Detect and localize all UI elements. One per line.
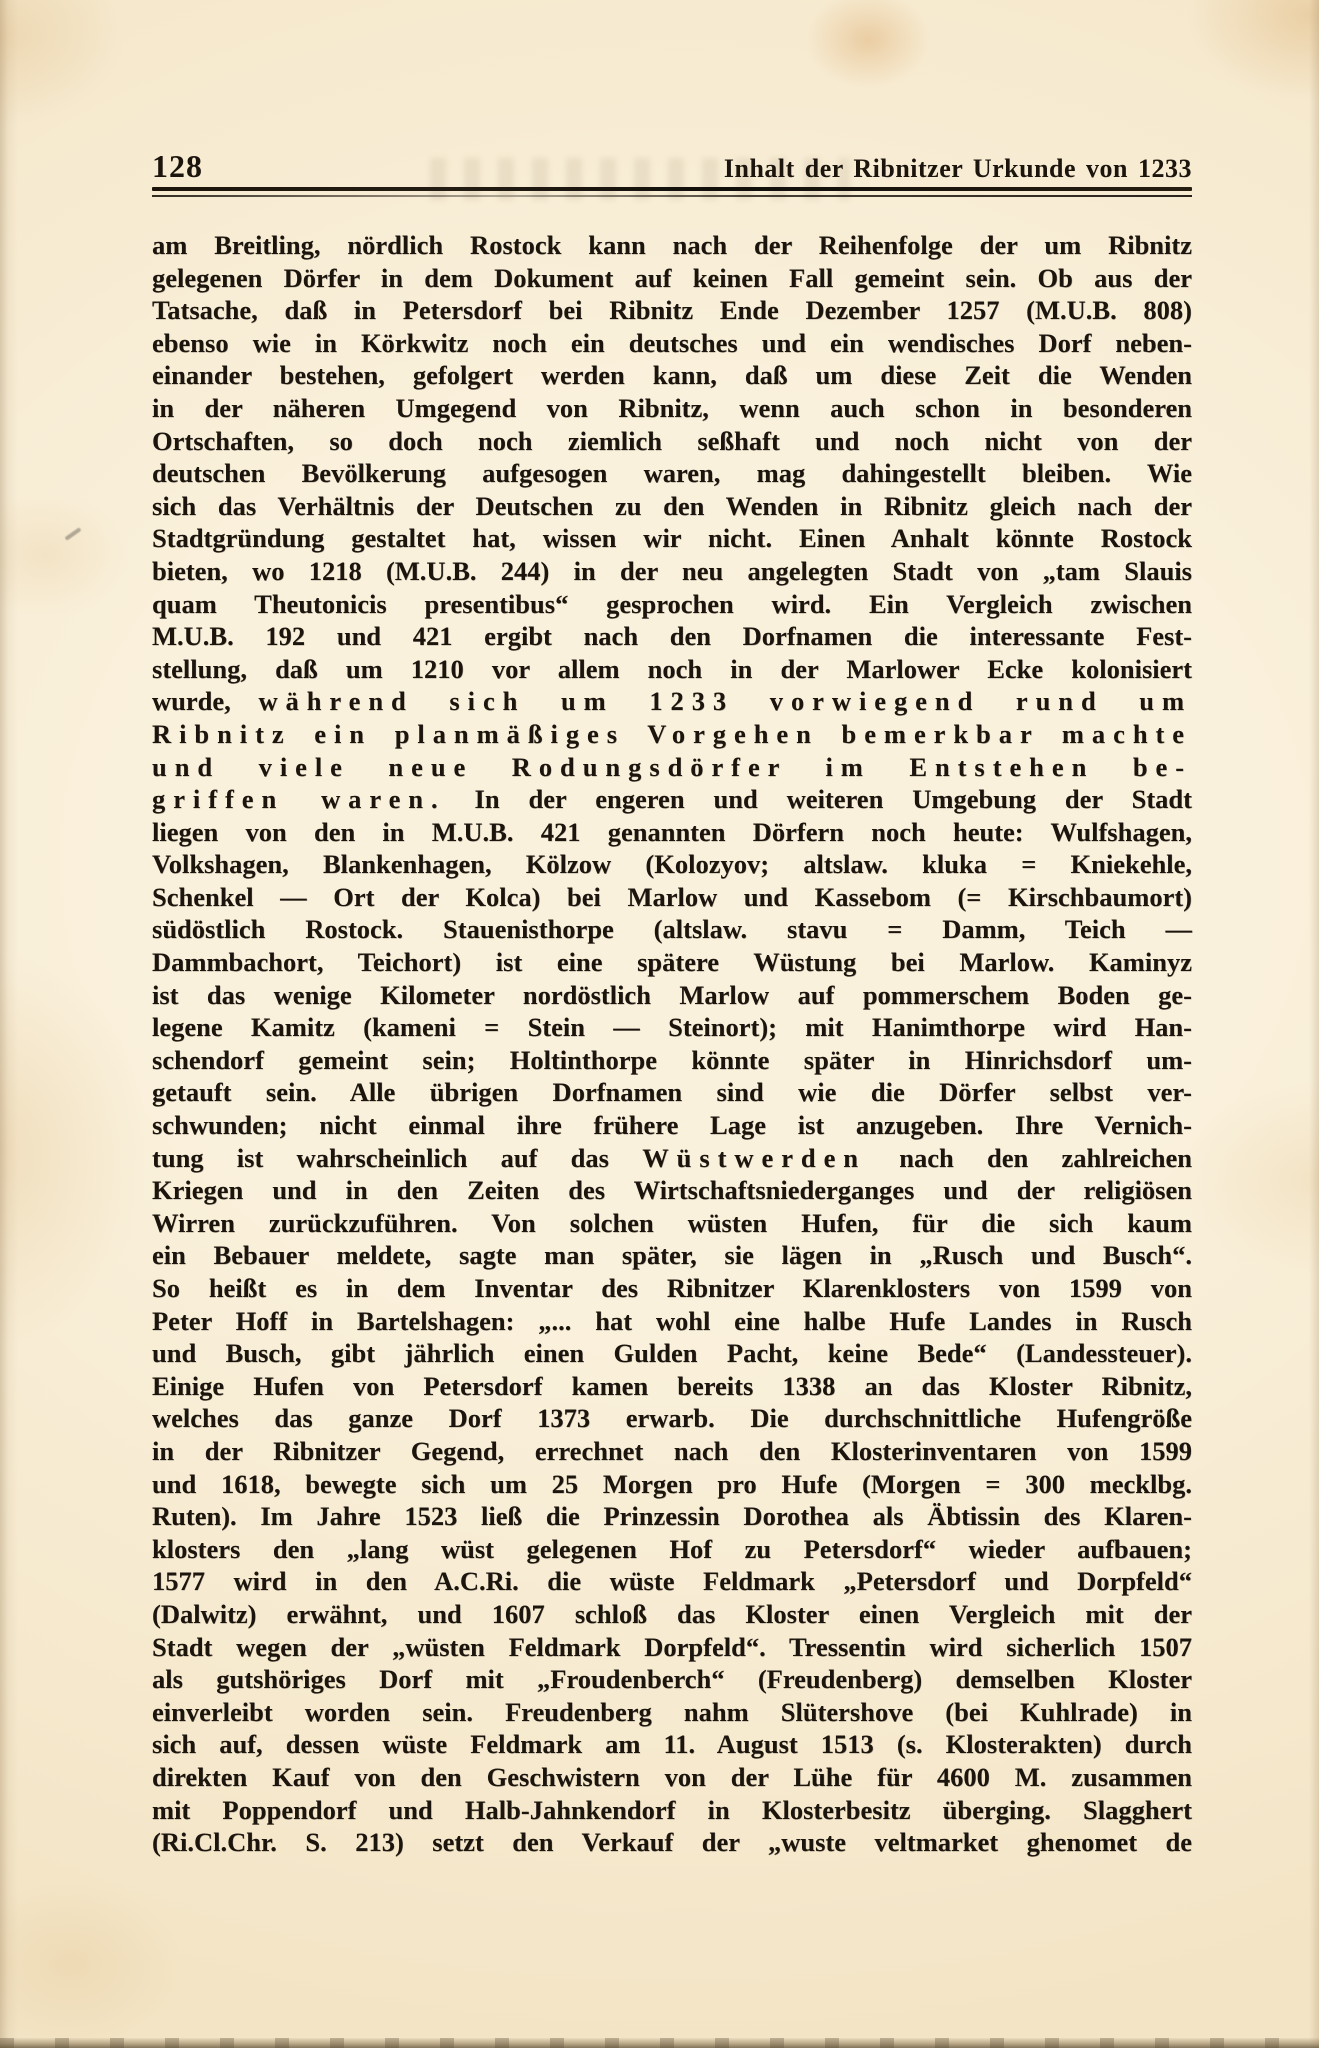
text-line: sich auf, dessen wüste Feldmark am 11. A… bbox=[152, 1728, 1192, 1761]
text-line: (Ri.Cl.Chr. S. 213) setzt den Verkauf de… bbox=[152, 1826, 1192, 1859]
text-line: ebenso wie in Körkwitz noch ein deutsche… bbox=[152, 327, 1192, 360]
text-line: und viele neue Rodungsdörfer im Entstehe… bbox=[152, 751, 1192, 784]
text-line: Wirren zurückzuführen. Von solchen wüste… bbox=[152, 1207, 1192, 1240]
text-line: Peter Hoff in Bartelshagen: „... hat woh… bbox=[152, 1305, 1192, 1338]
page-header: 128 Inhalt der Ribnitzer Urkunde von 123… bbox=[152, 148, 1192, 185]
text-line: ein Bebauer meldete, sagte man später, s… bbox=[152, 1239, 1192, 1272]
text-line: bieten, wo 1218 (M.U.B. 244) in der neu … bbox=[152, 555, 1192, 588]
text-line: Schenkel — Ort der Kolca) bei Marlow und… bbox=[152, 881, 1192, 914]
text-line: Kriegen und in den Zeiten des Wirtschaft… bbox=[152, 1174, 1192, 1207]
text-line: gelegenen Dörfer in dem Dokument auf kei… bbox=[152, 262, 1192, 295]
text-line: klosters den „lang wüst gelegenen Hof zu… bbox=[152, 1533, 1192, 1566]
text-line: legene Kamitz (kameni = Stein — Steinort… bbox=[152, 1011, 1192, 1044]
text-line: schwunden; nicht einmal ihre frühere Lag… bbox=[152, 1109, 1192, 1142]
text-line: ist das wenige Kilometer nordöstlich Mar… bbox=[152, 979, 1192, 1012]
text-line: in der näheren Umgegend von Ribnitz, wen… bbox=[152, 392, 1192, 425]
page-edge-bottom bbox=[0, 2038, 1319, 2048]
divider-rule-thick bbox=[152, 187, 1192, 191]
text-line: Dammbachort, Teichort) ist eine spätere … bbox=[152, 946, 1192, 979]
text-line: tung ist wahrscheinlich auf das Wüstwerd… bbox=[152, 1142, 1192, 1175]
text-line: griffen waren. In der engeren und weiter… bbox=[152, 783, 1192, 816]
text-line: liegen von den in M.U.B. 421 genannten D… bbox=[152, 816, 1192, 849]
ink-fleck bbox=[64, 527, 81, 541]
text-line: südöstlich Rostock. Stauenisthorpe (alts… bbox=[152, 913, 1192, 946]
body-text: am Breitling, nördlich Rostock kann nach… bbox=[152, 229, 1192, 1859]
text-line: wurde, während sich um 1233 vorwiegend r… bbox=[152, 685, 1192, 718]
text-line: sich das Verhältnis der Deutschen zu den… bbox=[152, 490, 1192, 523]
book-page: 128 Inhalt der Ribnitzer Urkunde von 123… bbox=[0, 0, 1319, 2048]
page-number: 128 bbox=[152, 148, 203, 185]
text-line: Ruten). Im Jahre 1523 ließ die Prinzessi… bbox=[152, 1500, 1192, 1533]
text-line: welches das ganze Dorf 1373 erwarb. Die … bbox=[152, 1402, 1192, 1435]
text-line: Stadtgründung gestaltet hat, wissen wir … bbox=[152, 522, 1192, 555]
text-line: 1577 wird in den A.C.Ri. die wüste Feldm… bbox=[152, 1565, 1192, 1598]
text-line: am Breitling, nördlich Rostock kann nach… bbox=[152, 229, 1192, 262]
text-line: einander bestehen, gefolgert werden kann… bbox=[152, 359, 1192, 392]
text-line: Tatsache, daß in Petersdorf bei Ribnitz … bbox=[152, 294, 1192, 327]
text-line: stellung, daß um 1210 vor allem noch in … bbox=[152, 653, 1192, 686]
text-line: deutschen Bevölkerung aufgesogen waren, … bbox=[152, 457, 1192, 490]
text-line: und Busch, gibt jährlich einen Gulden Pa… bbox=[152, 1337, 1192, 1370]
running-title: Inhalt der Ribnitzer Urkunde von 1233 bbox=[724, 154, 1192, 184]
text-line: einverleibt worden sein. Freudenberg nah… bbox=[152, 1696, 1192, 1729]
text-line: in der Ribnitzer Gegend, errechnet nach … bbox=[152, 1435, 1192, 1468]
text-line: Stadt wegen der „wüsten Feldmark Dorpfel… bbox=[152, 1631, 1192, 1664]
text-line: Ortschaften, so doch noch ziemlich seßha… bbox=[152, 425, 1192, 458]
text-line: M.U.B. 192 und 421 ergibt nach den Dorfn… bbox=[152, 620, 1192, 653]
divider-rule-thin bbox=[152, 195, 1192, 197]
text-line: mit Poppendorf und Halb-Jahnkendorf in K… bbox=[152, 1794, 1192, 1827]
page-edge-left bbox=[0, 0, 18, 2048]
page-edge-right bbox=[1309, 0, 1319, 2048]
text-line: Ribnitz ein planmäßiges Vorgehen bemerkb… bbox=[152, 718, 1192, 751]
text-line: und 1618, bewegte sich um 25 Morgen pro … bbox=[152, 1468, 1192, 1501]
text-line: direkten Kauf von den Geschwistern von d… bbox=[152, 1761, 1192, 1794]
text-line: schendorf gemeint sein; Holtinthorpe kön… bbox=[152, 1044, 1192, 1077]
text-line: Volkshagen, Blankenhagen, Kölzow (Kolozy… bbox=[152, 848, 1192, 881]
text-line: quam Theutonicis presentibus“ gesprochen… bbox=[152, 588, 1192, 621]
text-line: (Dalwitz) erwähnt, und 1607 schloß das K… bbox=[152, 1598, 1192, 1631]
text-line: So heißt es in dem Inventar des Ribnitze… bbox=[152, 1272, 1192, 1305]
header-divider bbox=[152, 187, 1192, 197]
text-line: Einige Hufen von Petersdorf kamen bereit… bbox=[152, 1370, 1192, 1403]
text-line: getauft sein. Alle übrigen Dorfnamen sin… bbox=[152, 1076, 1192, 1109]
text-line: als gutshöriges Dorf mit „Froudenberch“ … bbox=[152, 1663, 1192, 1696]
